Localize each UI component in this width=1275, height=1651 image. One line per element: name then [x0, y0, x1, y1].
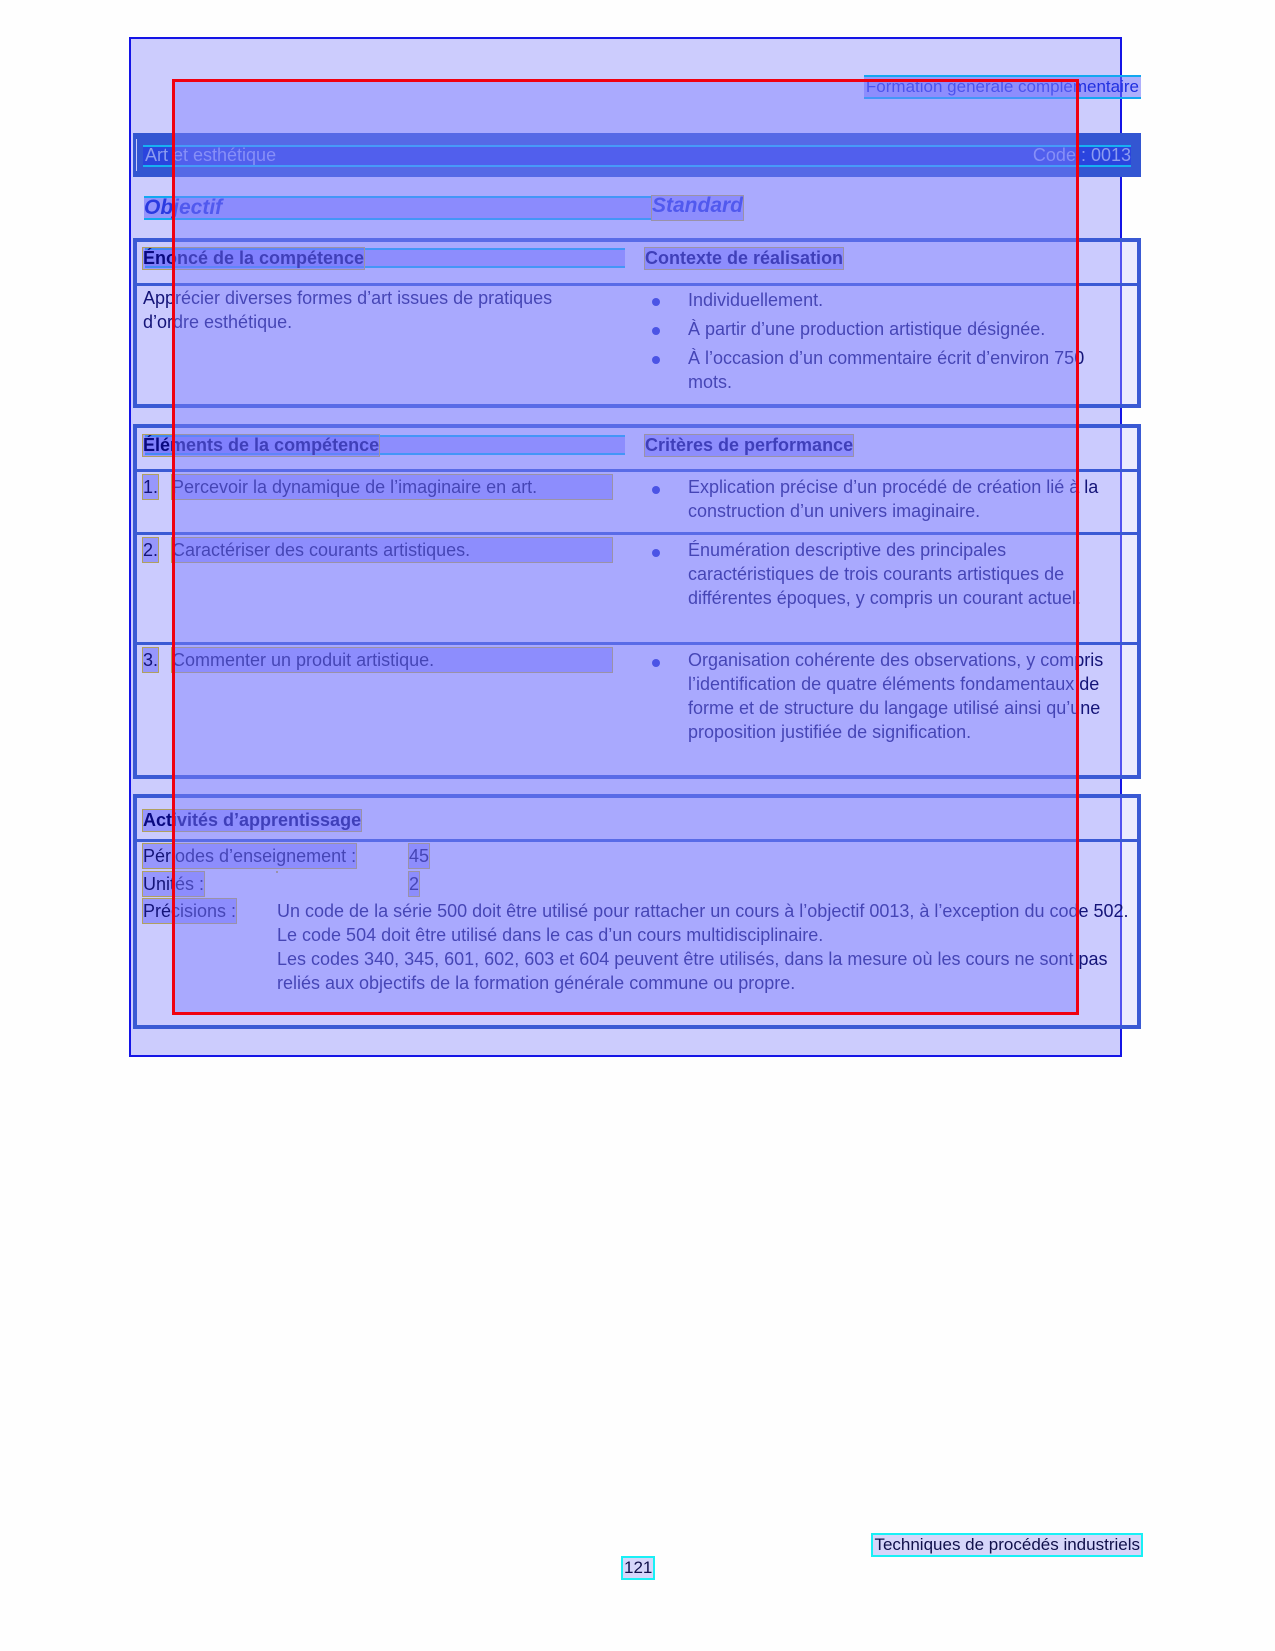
precision-line: Un code de la série 500 doit être utilis…	[277, 899, 1137, 923]
criteria-header: Critères de performance	[645, 435, 853, 456]
elements-table: Éléments de la compétence Critères de pe…	[133, 424, 1141, 779]
activities-header: Activités d’apprentissage	[143, 810, 361, 831]
periods-value: 45	[409, 844, 429, 868]
bullet-icon	[652, 298, 660, 306]
criterion-text: Explication précise d’un procédé de créa…	[688, 475, 1128, 523]
context-item: À partir d’une production artistique dés…	[688, 317, 1118, 341]
competence-statement: Apprécier diverses formes d’art issues d…	[143, 286, 595, 334]
context-header: Contexte de réalisation	[645, 248, 843, 269]
course-code: Code : 0013	[1033, 145, 1131, 166]
periods-label: Périodes d’enseignement :	[143, 844, 356, 868]
criterion-text: Énumération descriptive des principales …	[688, 538, 1128, 610]
precisions-list: Un code de la série 500 doit être utilis…	[277, 899, 1137, 995]
footer-program-name: Techniques de procédés industriels	[873, 1535, 1141, 1555]
element-number: 2.	[143, 538, 158, 562]
activities-table: Activités d’apprentissage Périodes d’ens…	[133, 794, 1141, 1029]
units-value: 2	[409, 872, 419, 896]
header-rule	[136, 139, 137, 171]
element-number: 3.	[143, 648, 158, 672]
bullet-icon	[652, 659, 660, 667]
course-header-bar: Art et esthétique Code : 0013	[133, 133, 1141, 177]
divider	[137, 642, 1137, 645]
element-text: Caractériser des courants artistiques.	[172, 538, 612, 562]
precision-line: Les codes 340, 345, 601, 602, 603 et 604…	[277, 947, 1137, 995]
header-highlight	[143, 145, 1131, 167]
bullet-icon	[652, 327, 660, 335]
running-header: Formation générale complémentaire	[864, 75, 1141, 99]
elements-header: Éléments de la compétence	[143, 435, 379, 456]
element-text: Percevoir la dynamique de l’imaginaire e…	[172, 475, 612, 499]
competence-table: Énoncé de la compétence Contexte de réal…	[133, 238, 1141, 408]
page-number: 121	[623, 1558, 653, 1578]
element-text: Commenter un produit artistique.	[172, 648, 612, 672]
bullet-icon	[652, 486, 660, 494]
precision-line: Le code 504 doit être utilisé dans le ca…	[277, 923, 1137, 947]
objectif-label: Objectif	[144, 196, 652, 220]
units-label: Unités :	[143, 872, 204, 896]
context-item: Individuellement.	[688, 288, 1108, 312]
divider	[137, 532, 1137, 535]
context-item: À l’occasion d’un commentaire écrit d’en…	[688, 346, 1108, 394]
criterion-text: Organisation cohérente des observations,…	[688, 648, 1128, 744]
competence-statement-header: Énoncé de la compétence	[143, 248, 364, 269]
bullet-icon	[652, 549, 660, 557]
standard-label: Standard	[652, 196, 743, 220]
divider	[137, 839, 1137, 842]
precisions-label: Précisions :	[143, 899, 236, 923]
divider	[137, 469, 1137, 472]
element-number: 1.	[143, 475, 158, 499]
bullet-icon	[652, 356, 660, 364]
course-title: Art et esthétique	[145, 145, 276, 166]
